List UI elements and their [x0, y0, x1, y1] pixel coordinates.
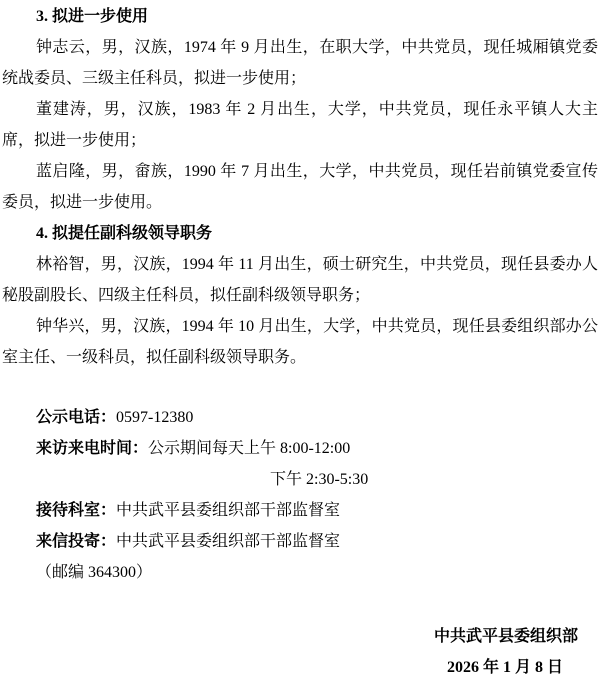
reception-office-line: 接待科室：中共武平县委组织部干部监督室 [2, 495, 598, 526]
mailing-address-line: 来信投寄：中共武平县委组织部干部监督室 [2, 526, 598, 557]
candidate-paragraph-zhong-zhiyun: 钟志云，男，汉族，1974 年 9 月出生，在职大学，中共党员，现任城厢镇党委统… [2, 32, 598, 94]
section-4-heading: 4. 拟提任副科级领导职务 [2, 218, 598, 249]
reception-office-label: 接待科室： [36, 502, 116, 519]
visiting-hours-afternoon: 下午 2:30-5:30 [2, 464, 598, 495]
candidate-paragraph-dong-jiantao: 董建涛，男，汉族，1983 年 2 月出生，大学，中共党员，现任永平镇人大主席，… [2, 94, 598, 156]
public-notice-document: 3. 拟进一步使用 钟志云，男，汉族，1974 年 9 月出生，在职大学，中共党… [0, 0, 600, 679]
visiting-hours-line: 来访来电时间：公示期间每天上午 8:00-12:00 [2, 433, 598, 464]
postcode-line: （邮编 364300） [2, 557, 598, 588]
phone-value: 0597-12380 [116, 409, 193, 426]
contact-info-block: 公示电话：0597-12380 来访来电时间：公示期间每天上午 8:00-12:… [2, 402, 598, 588]
section-3-heading: 3. 拟进一步使用 [2, 1, 598, 32]
mailing-address-label: 来信投寄： [36, 533, 116, 550]
signature-block: 中共武平县委组织部 2026 年 1 月 8 日 [2, 621, 598, 679]
candidate-paragraph-zhong-huaxing: 钟华兴，男，汉族，1994 年 10 月出生，大学，中共党员，现任县委组织部办公… [2, 311, 598, 373]
issuing-organization: 中共武平县委组织部 [2, 621, 598, 652]
visiting-hours-label: 来访来电时间： [36, 440, 148, 457]
phone-label: 公示电话： [36, 409, 116, 426]
reception-office-value: 中共武平县委组织部干部监督室 [116, 502, 340, 519]
candidate-paragraph-lan-qilong: 蓝启隆，男，畲族，1990 年 7 月出生，大学，中共党员，现任岩前镇党委宣传委… [2, 156, 598, 218]
mailing-address-value: 中共武平县委组织部干部监督室 [116, 533, 340, 550]
issue-date: 2026 年 1 月 8 日 [2, 652, 598, 679]
phone-line: 公示电话：0597-12380 [2, 402, 598, 433]
visiting-hours-morning: 公示期间每天上午 8:00-12:00 [148, 440, 350, 457]
candidate-paragraph-lin-yuzhi: 林裕智，男，汉族，1994 年 11 月出生，硕士研究生，中共党员，现任县委办人… [2, 249, 598, 311]
